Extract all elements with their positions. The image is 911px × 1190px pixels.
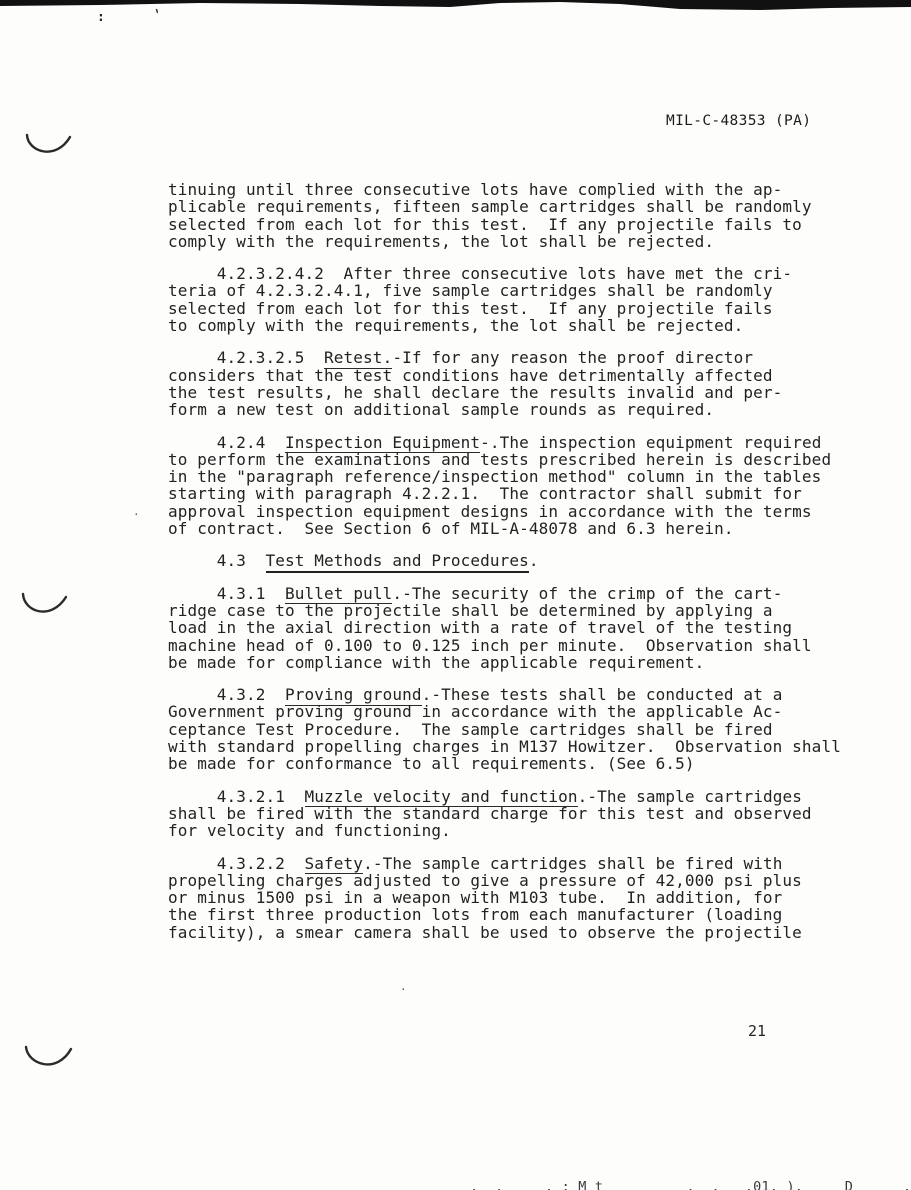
- paragraph: 4.3.2 Proving ground.-These tests shall …: [168, 686, 908, 772]
- text-line: of contract. See Section 6 of MIL-A-4807…: [168, 520, 908, 537]
- paragraph: 4.3.2.1 Muzzle velocity and function.-Th…: [168, 788, 908, 840]
- text-line: selected from each lot for this test. If…: [168, 300, 908, 317]
- text-line: with standard propelling charges in M137…: [168, 738, 908, 755]
- text-segment: or minus 1500 psi in a weapon with M103 …: [168, 888, 782, 907]
- text-line: 4.3.2.2 Safety.-The sample cartridges sh…: [168, 855, 908, 872]
- text-line: 4.3.2 Proving ground.-These tests shall …: [168, 686, 908, 703]
- text-line: to perform the examinations and tests pr…: [168, 451, 908, 468]
- text-line: comply with the requirements, the lot sh…: [168, 233, 908, 250]
- text-segment: for velocity and functioning.: [168, 821, 451, 840]
- text-segment: propelling charges adjusted to give a pr…: [168, 871, 802, 890]
- scan-edge-artifact: [0, 0, 911, 14]
- text-segment: considers that the test conditions have …: [168, 366, 773, 385]
- text-line: propelling charges adjusted to give a pr…: [168, 872, 908, 889]
- scanned-document-page: : ` MIL-C-48353 (PA) tinuing until three…: [0, 0, 911, 1190]
- scan-speck-mark: :: [97, 10, 105, 25]
- margin-check-curve: [20, 1040, 76, 1074]
- text-segment: 4.3.1: [168, 584, 285, 603]
- text-segment: .: [529, 551, 539, 570]
- text-segment: -If for any reason the proof director: [392, 348, 753, 367]
- text-segment: of contract. See Section 6 of MIL-A-4807…: [168, 519, 734, 538]
- margin-check-curve: [20, 128, 76, 162]
- margin-check-curve: [16, 588, 72, 622]
- text-segment: 4.2.3.2.5: [168, 348, 324, 367]
- text-line: form a new test on additional sample rou…: [168, 401, 908, 418]
- text-line: the test results, he shall declare the r…: [168, 384, 908, 401]
- text-segment: the test results, he shall declare the r…: [168, 383, 782, 402]
- text-segment: ridge case to the projectile shall be de…: [168, 601, 773, 620]
- text-line: to comply with the requirements, the lot…: [168, 317, 908, 334]
- text-line: 4.2.4 Inspection Equipment-.The inspecti…: [168, 434, 908, 451]
- scan-speck: .: [133, 505, 140, 518]
- scan-speck: .: [400, 980, 407, 993]
- text-line: 4.3.1 Bullet pull.-The security of the c…: [168, 585, 908, 602]
- paragraph: 4.3 Test Methods and Procedures.: [168, 552, 908, 569]
- text-segment: be made for conformance to all requireme…: [168, 754, 695, 773]
- text-line: starting with paragraph 4.2.2.1. The con…: [168, 485, 908, 502]
- text-segment: machine head of 0.100 to 0.125 inch per …: [168, 636, 812, 655]
- text-segment: load in the axial direction with a rate …: [168, 618, 792, 637]
- text-line: 4.2.3.2.5 Retest.-If for any reason the …: [168, 349, 908, 366]
- text-line: facility), a smear camera shall be used …: [168, 924, 908, 941]
- paragraph: 4.2.3.2.5 Retest.-If for any reason the …: [168, 349, 908, 418]
- text-segment: comply with the requirements, the lot sh…: [168, 232, 714, 251]
- text-segment: .-The security of the crimp of the cart-: [392, 584, 782, 603]
- text-segment: 4.3: [168, 551, 266, 570]
- text-line: teria of 4.2.3.2.4.1, five sample cartri…: [168, 282, 908, 299]
- text-segment: 4.2.3.2.4.2 After three consecutive lots…: [168, 264, 792, 283]
- text-line: selected from each lot for this test. If…: [168, 216, 908, 233]
- text-line: be made for compliance with the applicab…: [168, 654, 908, 671]
- scan-bottom-text-fragments: . , . : M t . . .01. ). D . t . .: [470, 1179, 911, 1190]
- text-line: 4.3.2.1 Muzzle velocity and function.-Th…: [168, 788, 908, 805]
- document-number-header: MIL-C-48353 (PA): [666, 113, 811, 129]
- text-segment: selected from each lot for this test. If…: [168, 215, 802, 234]
- text-segment: plicable requirements, fifteen sample ca…: [168, 197, 812, 216]
- text-line: considers that the test conditions have …: [168, 367, 908, 384]
- text-segment: tinuing until three consecutive lots hav…: [168, 180, 782, 199]
- underlined-section-title: Test Methods and Procedures: [266, 551, 529, 573]
- text-segment: to comply with the requirements, the lot…: [168, 316, 743, 335]
- text-line: machine head of 0.100 to 0.125 inch per …: [168, 637, 908, 654]
- text-segment: be made for compliance with the applicab…: [168, 653, 704, 672]
- text-line: approval inspection equipment designs in…: [168, 503, 908, 520]
- text-line: for velocity and functioning.: [168, 822, 908, 839]
- page-number: 21: [748, 1022, 766, 1040]
- text-line: in the "paragraph reference/inspection m…: [168, 468, 908, 485]
- text-segment: approval inspection equipment designs in…: [168, 502, 812, 521]
- text-segment: teria of 4.2.3.2.4.1, five sample cartri…: [168, 281, 773, 300]
- paragraph: 4.3.2.2 Safety.-The sample cartridges sh…: [168, 855, 908, 941]
- paragraph: tinuing until three consecutive lots hav…: [168, 181, 908, 250]
- text-segment: 4.3.2.2: [168, 854, 305, 873]
- text-segment: 4.3.2.1: [168, 787, 305, 806]
- text-segment: selected from each lot for this test. If…: [168, 299, 773, 318]
- text-segment: form a new test on additional sample rou…: [168, 400, 714, 419]
- paragraph: 4.2.4 Inspection Equipment-.The inspecti…: [168, 434, 908, 538]
- text-segment: ceptance Test Procedure. The sample cart…: [168, 720, 773, 739]
- paragraph: 4.2.3.2.4.2 After three consecutive lots…: [168, 265, 908, 334]
- text-segment: .-The sample cartridges shall be fired w…: [363, 854, 782, 873]
- text-segment: the first three production lots from eac…: [168, 905, 782, 924]
- document-body: tinuing until three consecutive lots hav…: [168, 181, 908, 956]
- text-segment: 4.3.2: [168, 685, 285, 704]
- text-segment: in the "paragraph reference/inspection m…: [168, 467, 821, 486]
- text-segment: facility), a smear camera shall be used …: [168, 923, 802, 942]
- text-line: ceptance Test Procedure. The sample cart…: [168, 721, 908, 738]
- text-line: the first three production lots from eac…: [168, 906, 908, 923]
- text-segment: .-The sample cartridges: [578, 787, 802, 806]
- text-segment: to perform the examinations and tests pr…: [168, 450, 831, 469]
- text-line: 4.3 Test Methods and Procedures.: [168, 552, 908, 569]
- text-segment: shall be fired with the standard charge …: [168, 804, 812, 823]
- text-line: plicable requirements, fifteen sample ca…: [168, 198, 908, 215]
- text-segment: starting with paragraph 4.2.2.1. The con…: [168, 484, 802, 503]
- text-line: shall be fired with the standard charge …: [168, 805, 908, 822]
- text-segment: with standard propelling charges in M137…: [168, 737, 841, 756]
- text-line: 4.2.3.2.4.2 After three consecutive lots…: [168, 265, 908, 282]
- text-line: load in the axial direction with a rate …: [168, 619, 908, 636]
- text-line: Government proving ground in accordance …: [168, 703, 908, 720]
- text-line: or minus 1500 psi in a weapon with M103 …: [168, 889, 908, 906]
- paragraph: 4.3.1 Bullet pull.-The security of the c…: [168, 585, 908, 671]
- text-line: ridge case to the projectile shall be de…: [168, 602, 908, 619]
- text-segment: -.The inspection equipment required: [480, 433, 821, 452]
- text-line: be made for conformance to all requireme…: [168, 755, 908, 772]
- text-segment: .-These tests shall be conducted at a: [422, 685, 783, 704]
- text-line: tinuing until three consecutive lots hav…: [168, 181, 908, 198]
- text-segment: 4.2.4: [168, 433, 285, 452]
- text-segment: Government proving ground in accordance …: [168, 702, 782, 721]
